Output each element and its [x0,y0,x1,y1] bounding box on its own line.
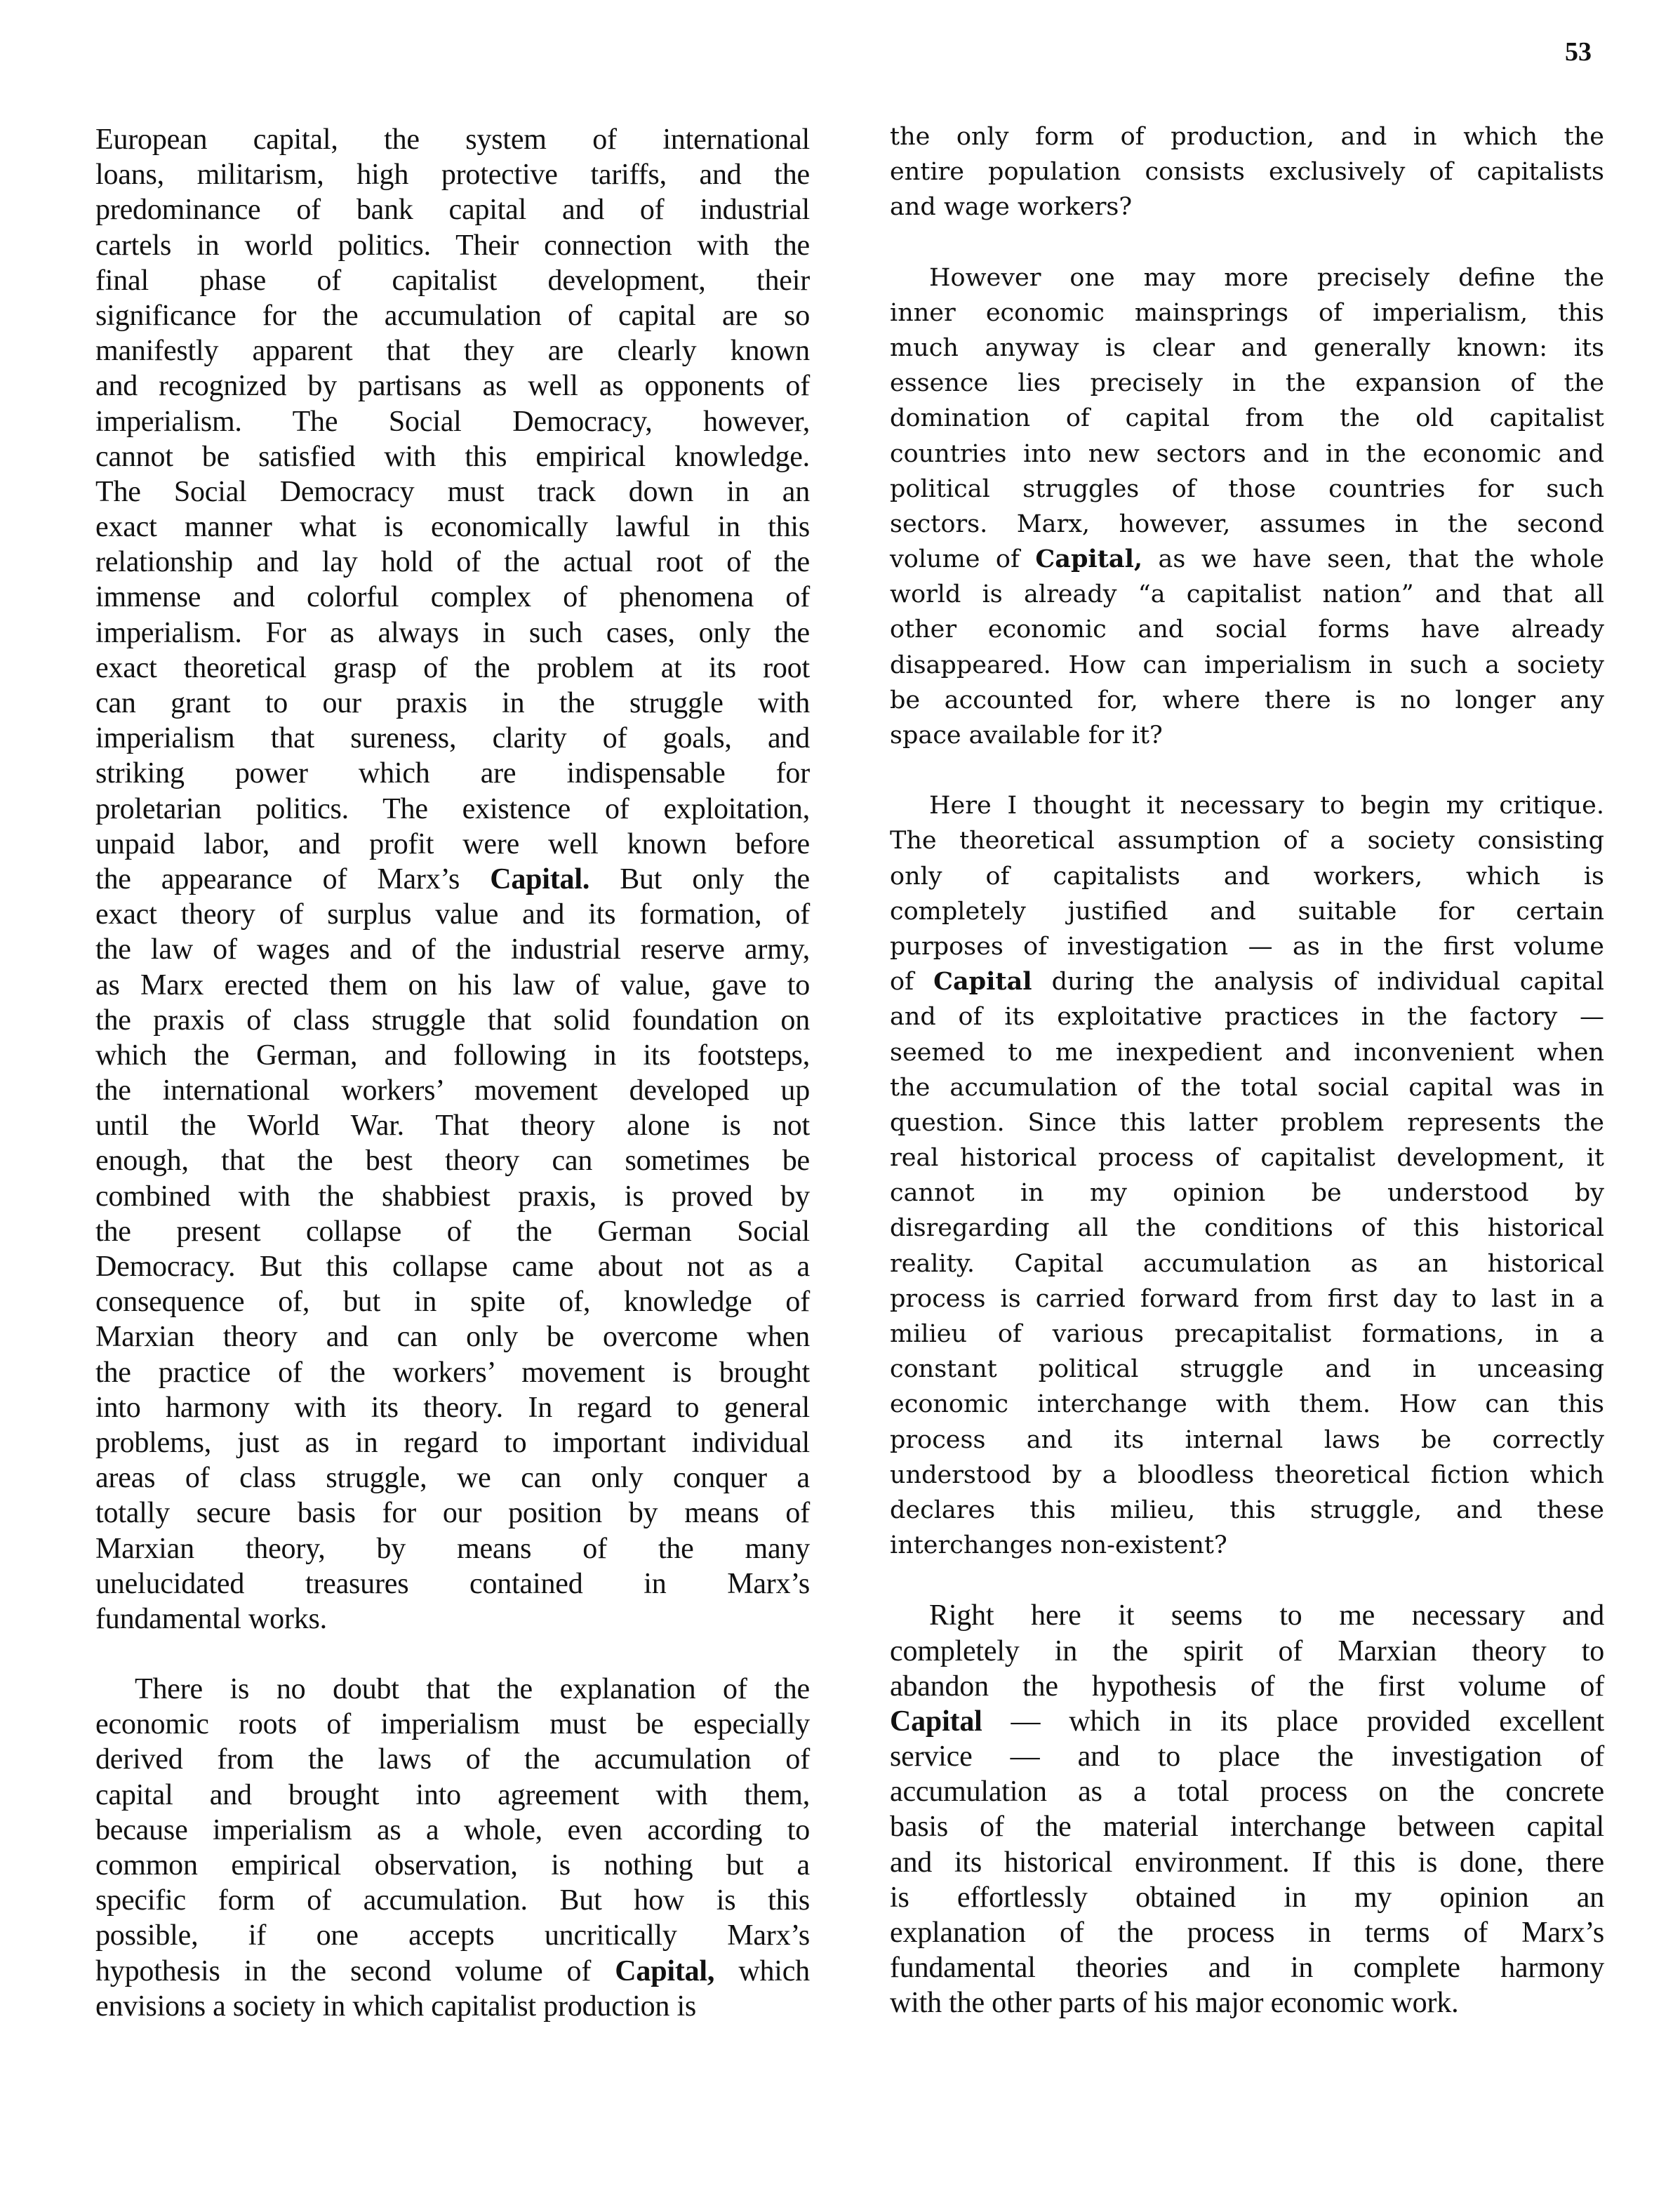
text-line: the international workers’ movement deve… [95,1073,810,1108]
text-line: interchanges non-existent? [890,1528,1604,1563]
text-line: economic roots of imperialism must be es… [95,1707,810,1742]
text-line: the appearance of Marx’s Capital. But on… [95,862,810,897]
text-line: sectors. Marx, however, assumes in the s… [890,507,1604,542]
text-line: much anyway is clear and generally known… [890,331,1604,366]
text-line: The theoretical assumption of a society … [890,823,1604,858]
text-line: only of capitalists and workers, which i… [890,859,1604,894]
text-line: disregarding all the conditions of this … [890,1211,1604,1246]
text-line: into harmony with its theory. In regard … [95,1390,810,1425]
text-line: consequence of, but in spite of, knowled… [95,1284,810,1319]
text-line: completely justified and suitable for ce… [890,894,1604,929]
text-line: reality. Capital accumulation as an hist… [890,1246,1604,1281]
text-line: Capital — which in its place provided ex… [890,1704,1604,1739]
text-line: service — and to place the investigation… [890,1739,1604,1774]
book-title-emphasis: Capital. [490,863,589,895]
text-line: possible, if one accepts uncritically Ma… [95,1918,810,1953]
text-line: understood by a bloodless theoretical fi… [890,1458,1604,1493]
left-column: European capital, the system of internat… [95,122,810,2024]
text-line: seemed to me inexpedient and inconvenien… [890,1035,1604,1070]
text-line: and of its exploitative practices in the… [890,999,1604,1034]
text-line: is effortlessly obtained in my opinion a… [890,1880,1604,1915]
text-line: loans, militarism, high protective tarif… [95,157,810,192]
text-line: which the German, and following in its f… [95,1038,810,1073]
text-line: specific form of accumulation. But how i… [95,1883,810,1918]
paragraph: European capital, the system of internat… [95,122,810,1637]
paragraph: Right here it seems to me necessary andc… [890,1598,1604,2020]
text-line: volume of Capital, as we have seen, that… [890,542,1604,577]
book-title-emphasis: Capital [933,967,1032,996]
text-line: Marxian theory and can only be overcome … [95,1319,810,1354]
paragraph: the only form of production, and in whic… [890,119,1604,225]
text-line: space available for it? [890,718,1604,753]
text-line: the only form of production, and in whic… [890,119,1604,154]
text-line: Here I thought it necessary to begin my … [890,788,1604,823]
text-line: common empirical observation, is nothing… [95,1848,810,1883]
right-column: the only form of production, and in whic… [890,119,1604,2021]
text-line: significance for the accumulation of cap… [95,298,810,333]
text-line: declares this milieu, this struggle, and… [890,1493,1604,1528]
text-line: political struggles of those countries f… [890,472,1604,507]
text-line: European capital, the system of internat… [95,122,810,157]
text-line: essence lies precisely in the expansion … [890,366,1604,401]
text-line: striking power which are indispensable f… [95,756,810,791]
text-line: Marxian theory, by means of the many [95,1531,810,1566]
paragraph: However one may more precisely define th… [890,260,1604,754]
page-number: 53 [1565,36,1592,67]
text-line: the accumulation of the total social cap… [890,1070,1604,1105]
text-line: unelucidated treasures contained in Marx… [95,1566,810,1601]
text-line: areas of class struggle, we can only con… [95,1460,810,1496]
text-line: real historical process of capitalist de… [890,1140,1604,1175]
text-line: because imperialism as a whole, even acc… [95,1813,810,1848]
text-line: of Capital during the analysis of indivi… [890,964,1604,999]
text-line: hypothesis in the second volume of Capit… [95,1954,810,1989]
text-line: inner economic mainsprings of imperialis… [890,295,1604,331]
text-line: manifestly apparent that they are clearl… [95,333,810,368]
text-line: immense and colorful complex of phenomen… [95,580,810,615]
text-line: can grant to our praxis in the struggle … [95,686,810,721]
text-line: be accounted for, where there is no long… [890,683,1604,718]
text-line: relationship and lay hold of the actual … [95,545,810,580]
text-line: as Marx erected them on his law of value… [95,968,810,1003]
text-line: the law of wages and of the industrial r… [95,932,810,967]
text-line: process and its internal laws be correct… [890,1423,1604,1458]
text-line: combined with the shabbiest praxis, is p… [95,1179,810,1214]
text-line: capital and brought into agreement with … [95,1778,810,1813]
text-line: the present collapse of the German Socia… [95,1214,810,1249]
text-line: envisions a society in which capitalist … [95,1989,810,2024]
text-line: However one may more precisely define th… [890,260,1604,295]
text-line: problems, just as in regard to important… [95,1425,810,1460]
text-line: fundamental theories and in complete har… [890,1950,1604,1985]
paragraph: Here I thought it necessary to begin my … [890,788,1604,1563]
text-line: with the other parts of his major econom… [890,1985,1604,2020]
text-line: predominance of bank capital and of indu… [95,192,810,227]
book-title-emphasis: Capital [890,1705,982,1738]
text-line: purposes of investigation — as in the fi… [890,929,1604,964]
text-line: explanation of the process in terms of M… [890,1915,1604,1950]
text-line: proletarian politics. The existence of e… [95,792,810,827]
text-line: imperialism that sureness, clarity of go… [95,721,810,756]
text-line: Right here it seems to me necessary and [890,1598,1604,1633]
text-line: totally secure basis for our position by… [95,1496,810,1531]
text-line: process is carried forward from first da… [890,1281,1604,1317]
text-line: There is no doubt that the explanation o… [95,1672,810,1707]
text-line: unpaid labor, and profit were well known… [95,827,810,862]
text-line: exact manner what is economically lawful… [95,509,810,545]
text-line: exact theoretical grasp of the problem a… [95,651,810,686]
text-line: completely in the spirit of Marxian theo… [890,1634,1604,1669]
text-line: question. Since this latter problem repr… [890,1105,1604,1140]
text-line: final phase of capitalist development, t… [95,263,810,298]
text-line: imperialism. For as always in such cases… [95,615,810,651]
text-line: other economic and social forms have alr… [890,612,1604,647]
text-line: cannot in my opinion be understood by [890,1175,1604,1211]
text-line: basis of the material interchange betwee… [890,1809,1604,1844]
text-line: countries into new sectors and in the ec… [890,437,1604,472]
text-line: world is already “a capitalist nation” a… [890,577,1604,612]
text-line: fundamental works. [95,1601,810,1637]
text-line: derived from the laws of the accumulatio… [95,1742,810,1777]
text-line: entire population consists exclusively o… [890,154,1604,189]
text-line: and wage workers? [890,189,1604,225]
paragraph: There is no doubt that the explanation o… [95,1672,810,2024]
text-line: domination of capital from the old capit… [890,401,1604,436]
text-line: abandon the hypothesis of the first volu… [890,1669,1604,1704]
text-line: Democracy. But this collapse came about … [95,1249,810,1284]
book-title-emphasis: Capital, [615,1955,714,1987]
book-title-emphasis: Capital, [1035,545,1142,573]
text-line: cannot be satisfied with this empirical … [95,439,810,474]
text-line: and its historical environment. If this … [890,1845,1604,1880]
text-line: milieu of various precapitalist formatio… [890,1317,1604,1352]
text-line: accumulation as a total process on the c… [890,1774,1604,1809]
text-line: the practice of the workers’ movement is… [95,1355,810,1390]
text-line: imperialism. The Social Democracy, howev… [95,404,810,439]
text-line: The Social Democracy must track down in … [95,474,810,509]
text-line: until the World War. That theory alone i… [95,1108,810,1143]
text-line: and recognized by partisans as well as o… [95,368,810,404]
text-line: cartels in world politics. Their connect… [95,228,810,263]
text-line: disappeared. How can imperialism in such… [890,648,1604,683]
text-line: the praxis of class struggle that solid … [95,1003,810,1038]
text-line: economic interchange with them. How can … [890,1387,1604,1422]
text-line: exact theory of surplus value and its fo… [95,897,810,932]
text-line: constant political struggle and in uncea… [890,1352,1604,1387]
text-line: enough, that the best theory can sometim… [95,1143,810,1178]
